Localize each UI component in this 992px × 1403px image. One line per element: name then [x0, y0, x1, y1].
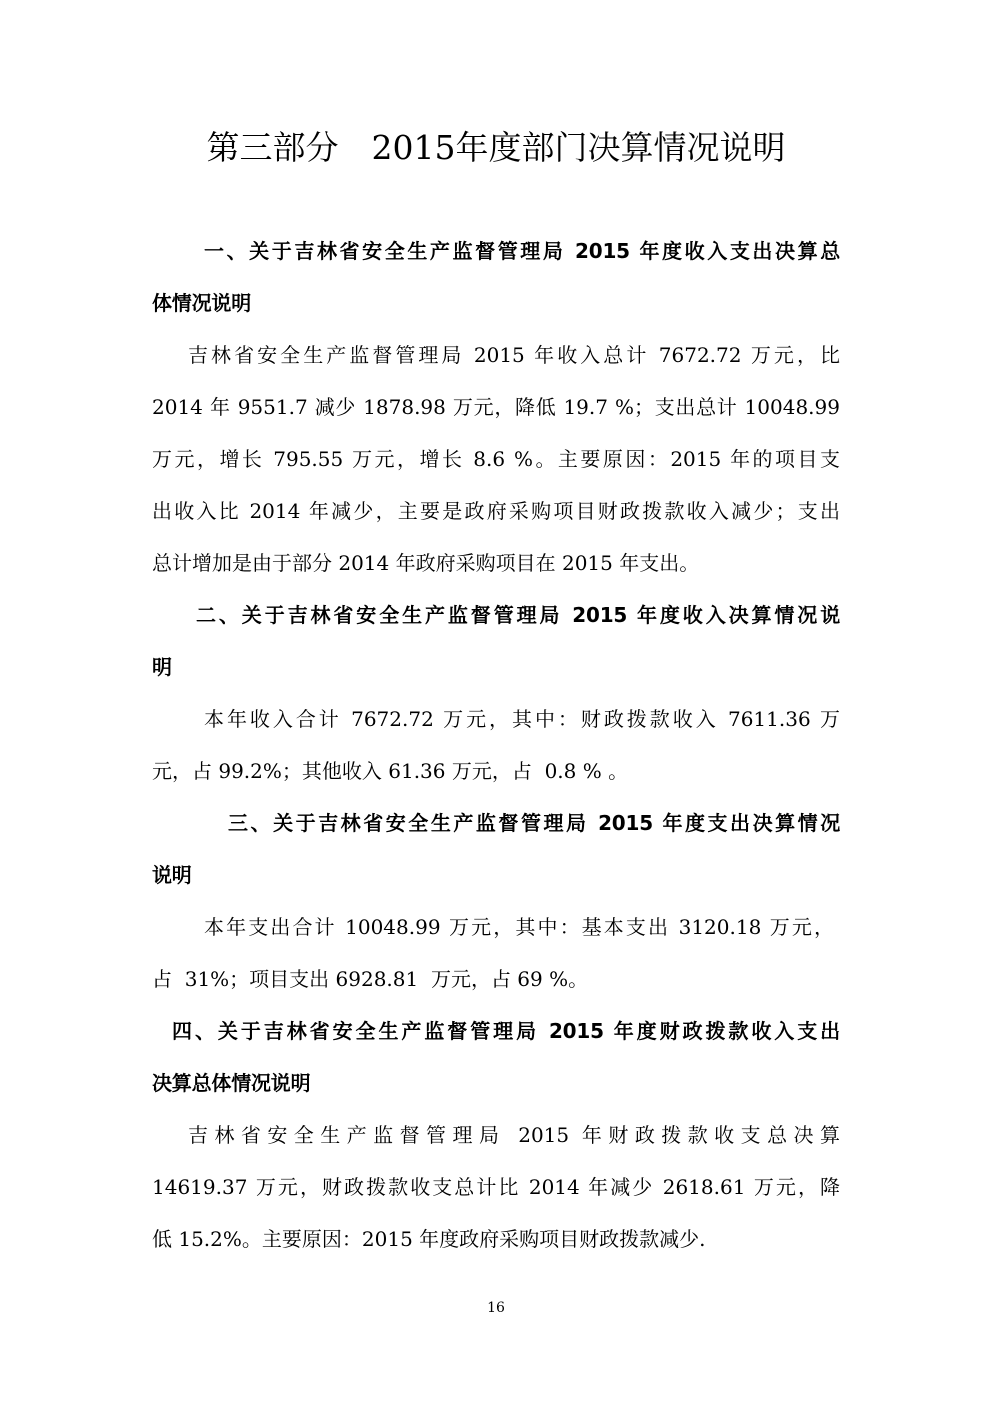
section-2-body-line-2: 元，占 99.2%；其他收入 61.36 万元，占 0.8 % 。 [152, 756, 628, 786]
section-2-heading-line-1: 二、关于吉林省安全生产监督管理局 2015 年度收入决算情况说 [196, 600, 840, 630]
section-3-heading-line-1: 三、关于吉林省安全生产监督管理局 2015 年度支出决算情况 [228, 808, 840, 838]
page-number: 16 [0, 1298, 992, 1318]
section-1-body-line-5: 总计增加是由于部分 2014 年政府采购项目在 2015 年支出。 [152, 548, 699, 578]
section-2-heading-line-2: 明 [152, 652, 172, 682]
section-1-body-line-3: 万元，增长 795.55 万元，增长 8.6 %。主要原因：2015 年的项目支 [152, 444, 840, 474]
section-1-body-line-1: 吉林省安全生产监督管理局 2015 年收入总计 7672.72 万元，比 [188, 340, 840, 370]
section-4-body-line-2: 14619.37 万元，财政拨款收支总计比 2014 年减少 2618.61 万… [152, 1172, 840, 1202]
section-4-body-line-1: 吉林省安全生产监督管理局 2015 年财政拨款收支总决算 [188, 1120, 840, 1150]
section-4-heading-line-2: 决算总体情况说明 [152, 1068, 310, 1098]
page-title: 第三部分 2015年度部门决算情况说明 [0, 122, 992, 174]
section-3-heading-line-2: 说明 [152, 860, 192, 890]
section-3-body-line-2: 占 31%；项目支出 6928.81 万元，占 69 %。 [152, 964, 588, 994]
section-1-body-line-4: 出收入比 2014 年减少，主要是政府采购项目财政拨款收入减少；支出 [152, 496, 840, 526]
section-4-body-line-3: 低 15.2%。主要原因：2015 年度政府采购项目财政拨款减少. [152, 1224, 706, 1254]
section-2-body-line-1: 本年收入合计 7672.72 万元，其中：财政拨款收入 7611.36 万 [204, 704, 840, 734]
section-1-heading-line-2: 体情况说明 [152, 288, 251, 318]
section-4-heading-line-1: 四、关于吉林省安全生产监督管理局 2015 年度财政拨款收入支出 [172, 1016, 840, 1046]
section-1-body-line-2: 2014 年 9551.7 减少 1878.98 万元，降低 19.7 %；支出… [152, 392, 840, 422]
section-1-heading-line-1: 一、关于吉林省安全生产监督管理局 2015 年度收入支出决算总 [204, 236, 840, 266]
section-3-body-line-1: 本年支出合计 10048.99 万元，其中：基本支出 3120.18 万元， [204, 912, 834, 942]
